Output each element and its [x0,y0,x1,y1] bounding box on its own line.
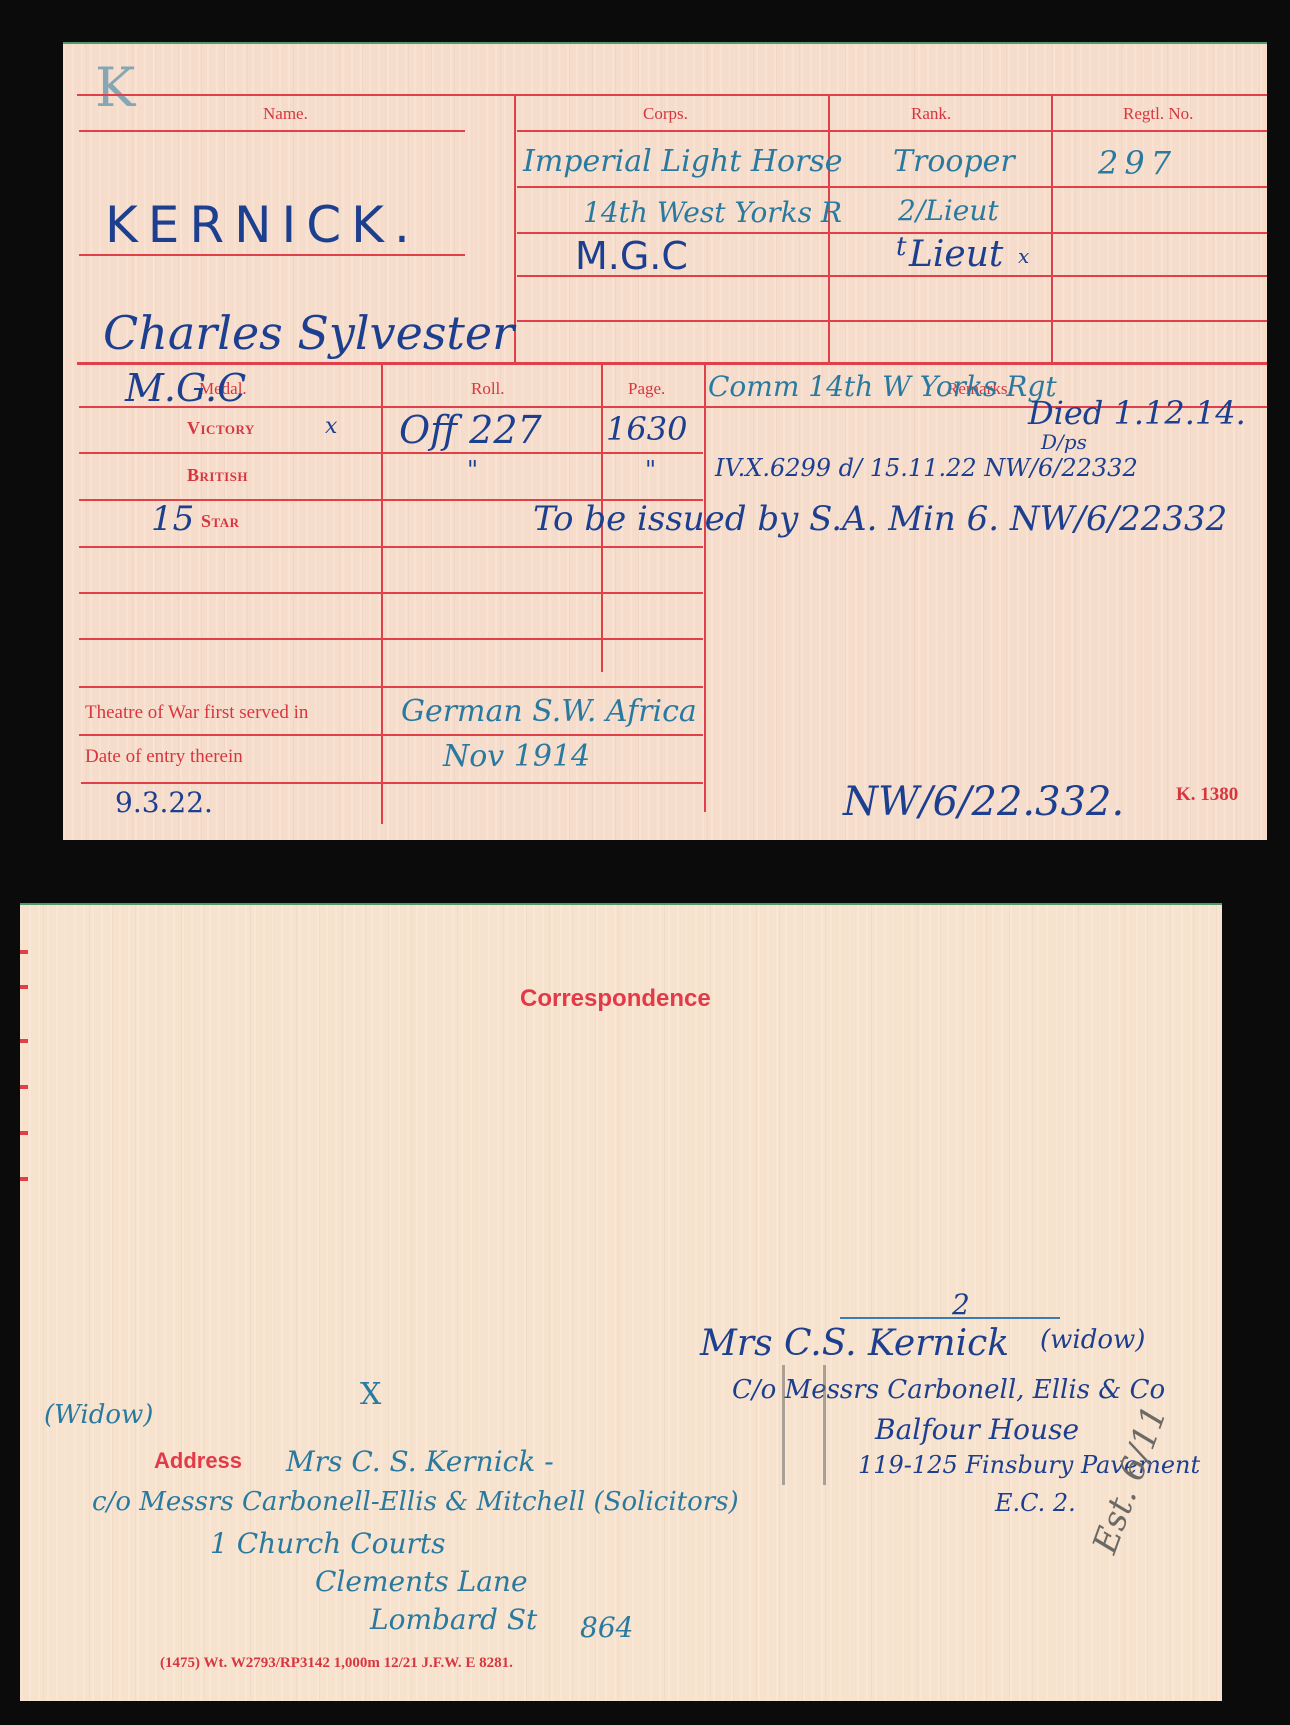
pencil-note: Est. 6/11 [1085,1400,1175,1558]
forenames: Charles Sylvester [103,306,514,360]
rule-medal-section [77,362,1267,365]
divider-page-remarks [704,364,706,812]
date-value: Nov 1914 [443,739,590,774]
theatre-value: German S.W. Africa [401,694,697,729]
address1-line1: c/o Messrs Carbonell-Ellis & Mitchell (S… [92,1487,739,1517]
header-regtl-no: Regtl. No. [1123,104,1193,124]
rule-medal-row-2 [79,452,703,454]
address1-line2: 1 Church Courts [210,1527,446,1560]
address2-note: (widow) [1040,1325,1145,1355]
corps-2: 14th West Yorks R [583,196,842,229]
address1-line4: Lombard St [370,1603,537,1636]
corner-mark: K [95,56,135,119]
rule-surname [79,254,465,256]
page-victory: 1630 [606,410,687,448]
remarks-line-2: IV.X.6299 d/ 15.11.22 NW/6/22332 [715,454,1138,482]
divider-rank-regtl [1051,94,1053,364]
margin-tick [20,1039,28,1043]
medal-british: British [187,465,248,486]
address2-rule [840,1317,1060,1319]
address1-line3: Clements Lane [315,1565,528,1598]
victory-mark: x [325,414,337,439]
header-name: Name. [263,104,308,124]
regtl-no-1: 297 [1098,144,1177,182]
cross-mark: X [360,1377,381,1412]
medal-victory: Victory [187,418,255,439]
margin-tick [20,1177,28,1181]
form-number: K. 1380 [1176,784,1238,806]
date-label: Date of entry therein [85,746,243,768]
margin-tick [20,1085,28,1089]
divider-corps-rank [828,94,830,364]
address2-line4: E.C. 2. [995,1489,1076,1517]
margin-tick [20,1131,28,1135]
header-rank: Rank. [911,104,951,124]
printer-line: (1475) Wt. W2793/RP3142 1,000m 12/21 J.F… [160,1655,513,1672]
rule-theatre [79,686,703,688]
margin-tick [20,985,28,989]
surname: KERNICK. [105,196,420,254]
rank-2: 2/Lieut [898,194,999,227]
remarks-died-note: D/ps [1041,430,1087,454]
rule-service-row-4 [517,320,1267,322]
header-roll: Roll. [471,379,505,399]
page-british: " [645,456,656,484]
pencil-scribble [782,1365,826,1485]
rule-header-bottom-name [79,130,465,132]
rule-service-row-1 [517,186,1267,188]
corps-3: M.G.C [575,234,688,278]
header-corps: Corps. [643,104,688,124]
medal-index-card-back: Correspondence 2 Mrs C.S. Kernick (widow… [20,903,1222,1701]
medal-index-card-front: K Name. Corps. Rank. Regtl. No. KERNICK.… [63,42,1267,840]
divider-name-corps [514,94,516,364]
address-label: Address [154,1448,242,1474]
rule-medal-row-6 [79,638,703,640]
rank-mark: x [1018,244,1029,268]
rule-top [77,94,1267,96]
rank-1: Trooper [893,144,1015,179]
header-page: Page. [628,379,665,399]
reference-number: NW/6/22.332. [843,779,1124,825]
roll-british: " [467,456,478,484]
margin-tick [20,950,28,954]
star-prefix: 15 [151,499,194,539]
widow-note: (Widow) [44,1400,153,1430]
rule-date-bottom [81,782,703,784]
rule-header-bottom-right [517,130,1267,132]
medal-overwrite: M.G.C [125,366,246,410]
remarks-line-1: Comm 14th W Yorks Rgt [708,370,1057,403]
rule-date [79,734,703,736]
theatre-label: Theatre of War first served in [85,702,308,724]
address2-name: Mrs C.S. Kernick [700,1323,1009,1364]
correspondence-title: Correspondence [520,985,711,1013]
rank-3: Lieut [909,234,1003,275]
divider-medal-roll [381,364,383,824]
rule-medal-row-4 [79,546,703,548]
footer-date: 9.3.22. [115,786,213,819]
rule-medal-row-5 [79,592,703,594]
remarks-died: Died 1.12.14. [1028,394,1246,432]
rank-annotation: t [896,232,906,262]
address2-line2: Balfour House [875,1413,1079,1446]
remarks-line-3: To be issued by S.A. Min 6. NW/6/22332 [533,499,1227,539]
address1-name: Mrs C. S. Kernick - [286,1445,554,1478]
roll-victory: Off 227 [399,408,542,452]
corps-1: Imperial Light Horse [523,144,843,179]
medal-star: Star [201,511,240,532]
address1-number: 864 [580,1611,633,1644]
